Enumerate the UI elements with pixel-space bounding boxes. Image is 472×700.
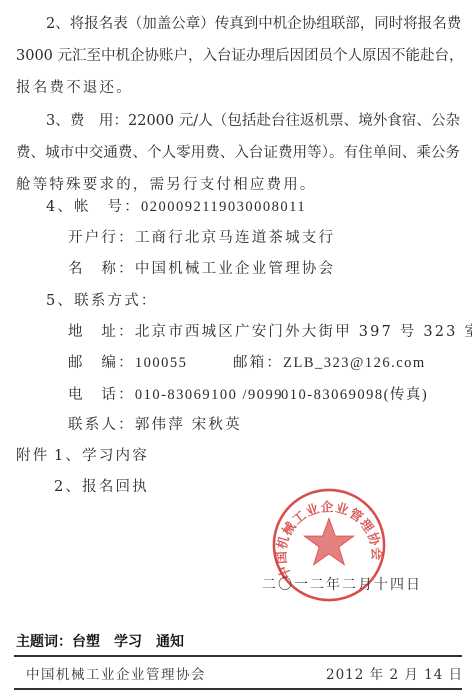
item2-line1: 2、将报名表（加盖公章）传真到中机企协组联部，同时将报名费 bbox=[46, 15, 460, 33]
address-value: 北京市西城区广安门外大街甲 397 号 323 室 bbox=[135, 324, 472, 340]
postcode-value: 100055 bbox=[135, 355, 188, 371]
postcode-row: 邮 编：100055 bbox=[68, 354, 187, 372]
attachment-item-1: 1、学习内容 bbox=[54, 447, 149, 465]
item3-line2: 费、城市中交通费、个人零用费、入台证费用等）。有住单间、乘公务 bbox=[16, 144, 460, 162]
account-name-label: 名 称： bbox=[68, 261, 135, 277]
account-name-value: 中国机械工业企业管理协会 bbox=[135, 261, 335, 277]
bank-value: 工商行北京马连道茶城支行 bbox=[135, 230, 335, 246]
footer-date: 2012 年 2 月 14 日 bbox=[326, 663, 463, 683]
item3-line3: 舱等特殊要求的，需另行支付相应费用。 bbox=[16, 176, 317, 194]
account-label: 4、帐 号： bbox=[46, 199, 141, 215]
keywords-label: 主题词： bbox=[16, 634, 72, 650]
footer-bottom-divider bbox=[14, 688, 462, 690]
contact-heading: 5、联系方式： bbox=[46, 292, 158, 310]
item2-line3: 报名费不退还。 bbox=[16, 79, 133, 97]
account-number: 0200092119030008011 bbox=[141, 199, 306, 215]
email-value[interactable]: ZLB_323@126.com bbox=[283, 355, 426, 371]
fax-value: 010-83069098(传真) bbox=[281, 386, 428, 404]
email-row: 邮箱：ZLB_323@126.com bbox=[233, 354, 426, 372]
email-label: 邮箱： bbox=[233, 355, 283, 371]
contact-person-label: 联系人： bbox=[68, 417, 135, 433]
item3-line1: 3、费 用：22000 元/人（包括赴台往返机票、境外食宿、公杂 bbox=[46, 112, 460, 130]
phone-value: 010-83069100 /9099 bbox=[135, 387, 283, 403]
contact-person-row: 联系人：郭伟萍 宋秋英 bbox=[68, 416, 242, 434]
keywords-row: 主题词：台塑学习通知 bbox=[16, 631, 184, 651]
keyword-2: 学习 bbox=[114, 634, 142, 650]
phone-label: 电 话： bbox=[68, 387, 135, 403]
item2-line2: 3000 元汇至中机企协账户，入台证办理后因团员个人原因不能赴台， bbox=[16, 47, 460, 65]
attachments-label: 附件 bbox=[16, 447, 49, 465]
contact-person-value: 郭伟萍 宋秋英 bbox=[135, 417, 242, 433]
postcode-label: 邮 编： bbox=[68, 355, 135, 371]
bank-row: 开户行：工商行北京马连道茶城支行 bbox=[68, 229, 335, 247]
signature-date: 二〇一二年二月十四日 bbox=[262, 574, 422, 594]
keyword-1: 台塑 bbox=[72, 634, 100, 650]
account-name-row: 名 称：中国机械工业企业管理协会 bbox=[68, 260, 335, 278]
phone-row: 电 话：010-83069100 /9099 bbox=[68, 386, 283, 404]
footer-top-divider bbox=[14, 655, 462, 657]
footer-organization: 中国机械工业企业管理协会 bbox=[26, 663, 206, 683]
account-row: 4、帐 号：0200092119030008011 bbox=[46, 198, 306, 216]
bank-label: 开户行： bbox=[68, 230, 135, 246]
address-label: 地 址： bbox=[68, 324, 135, 340]
address-row: 地 址：北京市西城区广安门外大街甲 397 号 323 室 bbox=[68, 323, 472, 341]
keyword-3: 通知 bbox=[156, 634, 184, 650]
attachment-item-2: 2、报名回执 bbox=[54, 478, 149, 496]
